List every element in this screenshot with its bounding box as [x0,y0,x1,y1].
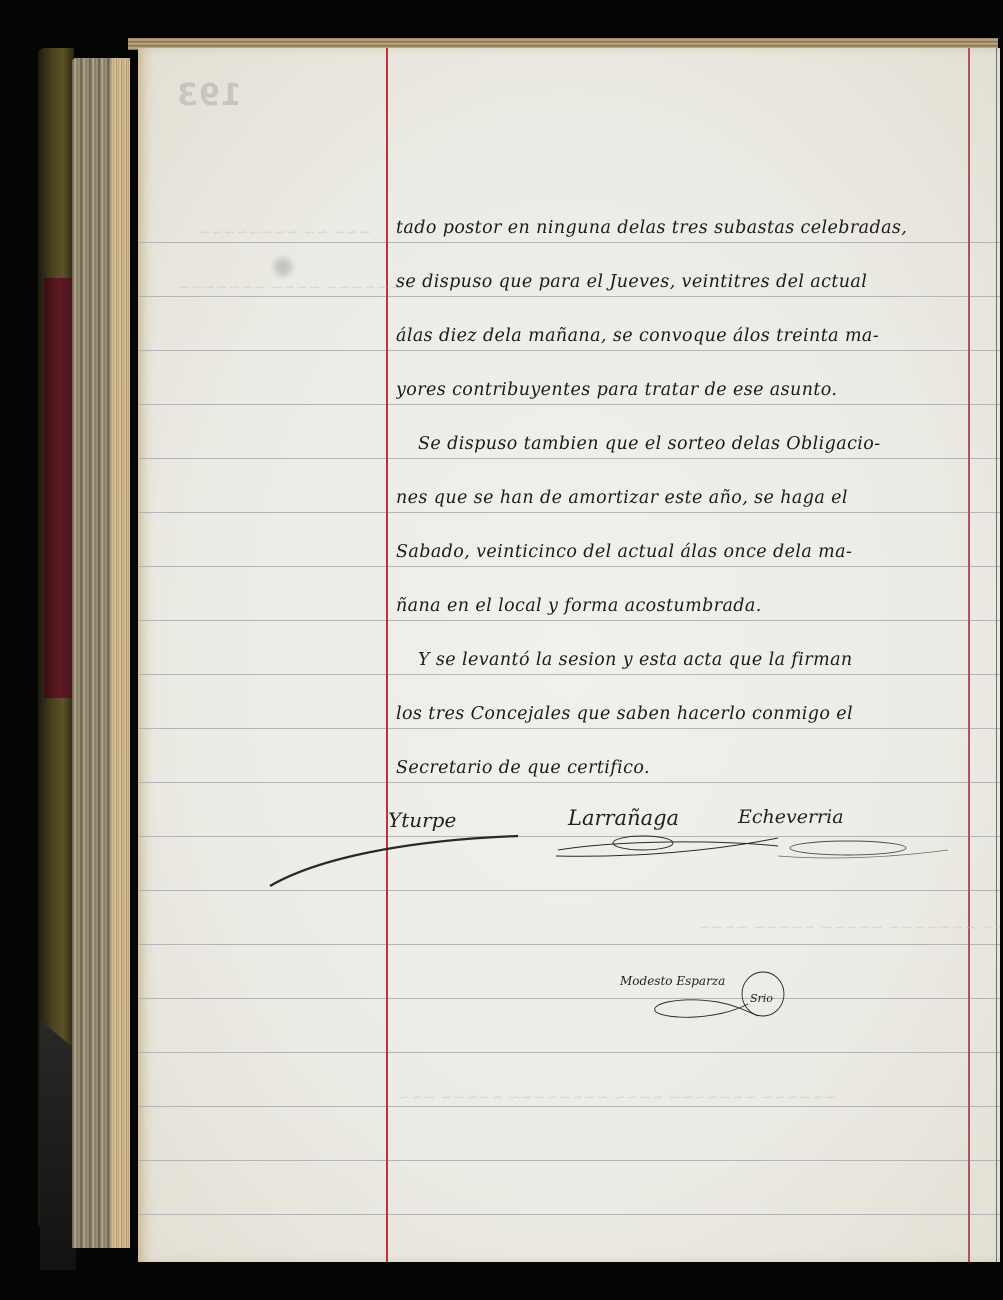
ruled-line [138,620,1000,621]
ruled-line [138,566,1000,567]
ruled-line [138,404,1000,405]
text-line-9: Y se levantó la sesion y esta acta que l… [396,650,966,670]
text-line-4: yores contribuyentes para tratar de ese … [396,380,966,400]
ledger-page: 193 ~~~ ~~ ~~~~~~~~ ~~~~~~ ~~~~ ~~~~~~~ … [138,48,1000,1262]
text-line-2: se dispuso que para el Jueves, veintitre… [396,272,966,292]
left-margin-rule [386,48,388,1262]
ruled-line [138,1106,1000,1107]
page-edges-stack [72,58,130,1248]
ruled-line [138,512,1000,513]
ruled-line [138,674,1000,675]
signature-flourish-icon [258,828,978,908]
book-corner-protector [40,1020,76,1270]
text-line-11: Secretario de que certifico. [396,758,966,778]
page-gutter-line [996,48,997,1262]
bleed-through-text: ~~~~~ ~~~~~~~ ~~~~~ ~~~~~ ~~~~ [698,918,1000,936]
ruled-line [138,782,1000,783]
ruled-line [138,1160,1000,1161]
ruled-line [138,728,1000,729]
text-line-3: álas diez dela mañana, se convoque álos … [396,326,966,346]
book-spine-red-label [44,278,74,698]
ruled-line [138,350,1000,351]
signature-3: Echeverria [738,806,844,828]
text-line-10: los tres Concejales que saben hacerlo co… [396,704,966,724]
bleed-through-text: ~~~~~~ ~~~~~~~ ~~~~ ~~~~~~~~ ~~~~~ ~~~ [398,1088,837,1106]
ruled-line [138,458,1000,459]
text-line-5: Se dispuso tambien que el sorteo delas O… [396,434,966,454]
ruled-line [138,998,1000,999]
text-line-1: tado postor en ninguna delas tres subast… [396,218,966,238]
ruled-line [138,944,1000,945]
ruled-line [138,296,1000,297]
text-line-6: nes que se han de amortizar este año, se… [396,488,966,508]
secretary-flourish-icon [608,968,798,1028]
bleed-through-text: ~~~~~~ ~~~~ ~~~~~~~ [178,278,401,296]
signature-2: Larrañaga [568,806,679,830]
text-line-7: Sabado, veinticinco del actual álas once… [396,542,966,562]
ink-stain [274,258,292,276]
ruled-line [138,1214,1000,1215]
right-margin-rule [968,48,970,1262]
ruled-line [138,242,1000,243]
ruled-line [138,1052,1000,1053]
bleed-through-text: ~~~ ~~ ~~~~~~~~ [198,223,371,241]
page-number-bleed-through: 193 [176,78,242,113]
text-line-8: ñana en el local y forma acostumbrada. [396,596,966,616]
